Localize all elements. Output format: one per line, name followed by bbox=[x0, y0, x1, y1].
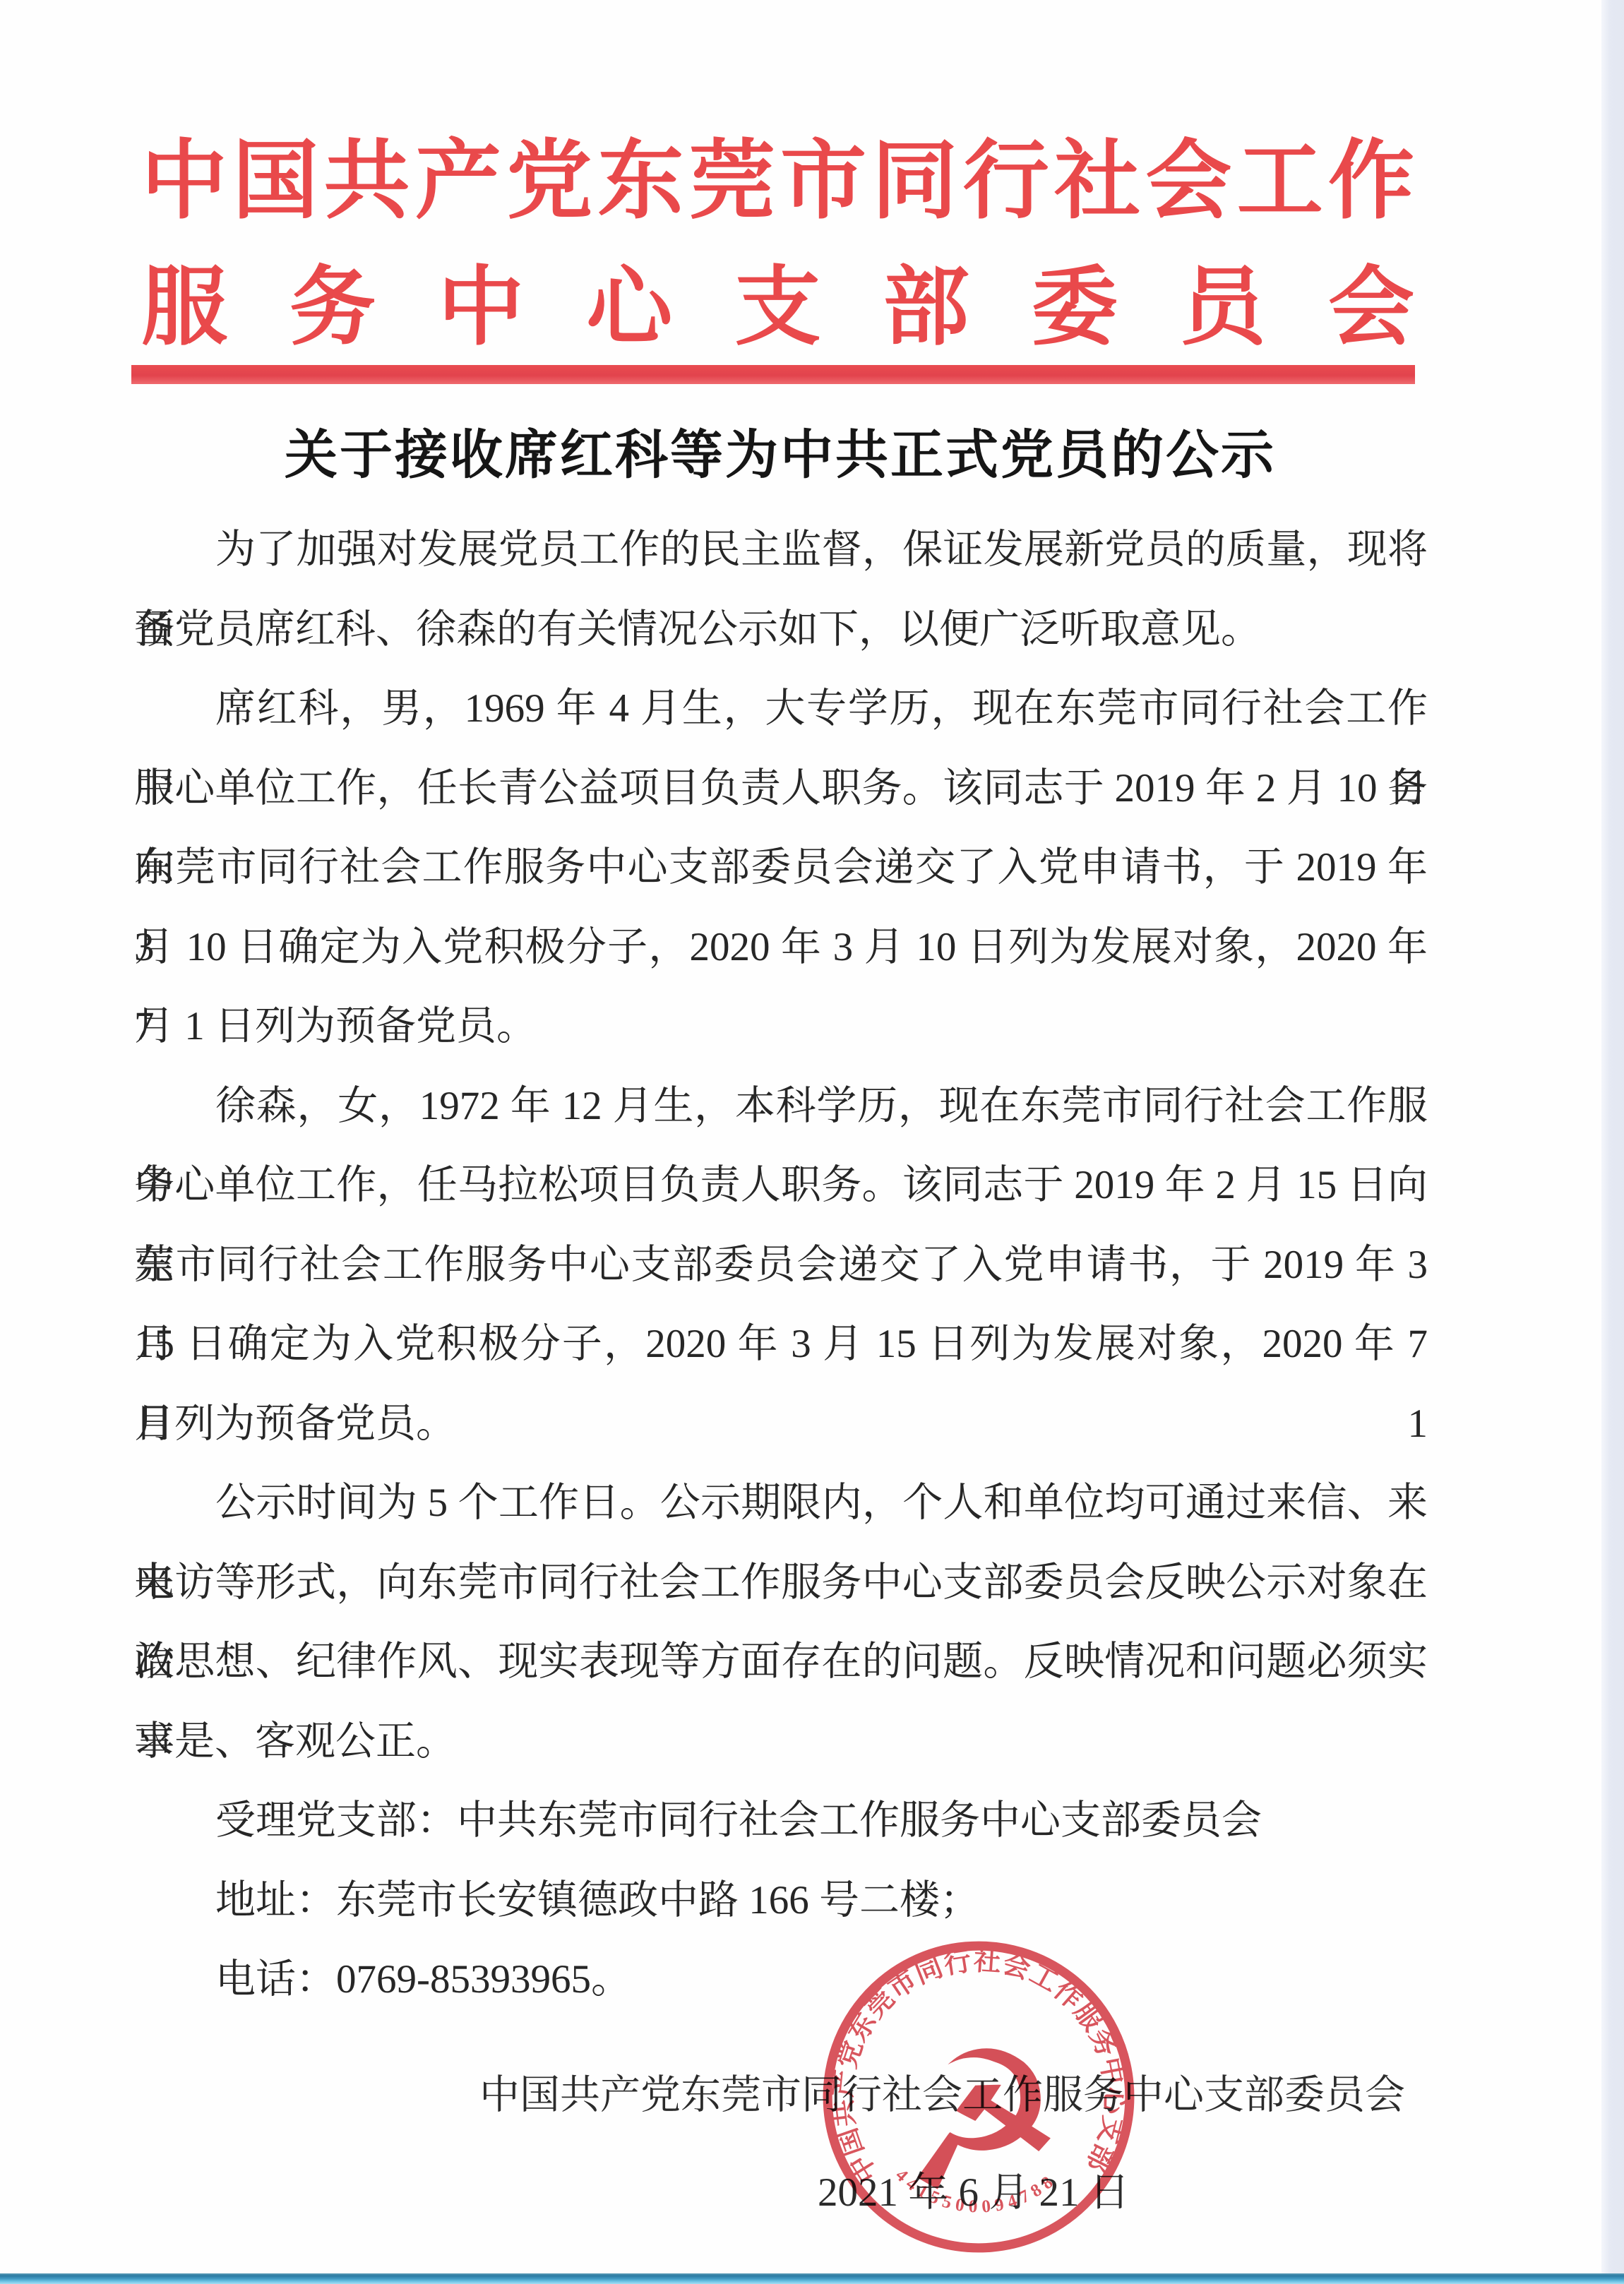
body-line: 东莞市同行社会工作服务中心支部委员会递交了入党申请书，于 2019 年 3 bbox=[134, 828, 1428, 908]
body-line: 月 1 日列为预备党员。 bbox=[134, 987, 1428, 1067]
document-title: 关于接收席红科等为中共正式党员的公示 bbox=[134, 413, 1426, 489]
document-page: { "doc": { "header": { "line1": "中国共产党东莞… bbox=[0, 0, 1624, 2284]
org-header-line1: 中国共产党东莞市同行社会工作 bbox=[141, 119, 1416, 245]
body-line: 席红科，男，1969 年 4 月生，大专学历，现在东莞市同行社会工作服务 bbox=[134, 669, 1428, 749]
body-line: 为了加强对发展党员工作的民主监督，保证发展新党员的质量，现将预 bbox=[134, 510, 1428, 590]
body-line: 月 10 日确定为入党积极分子，2020 年 3 月 10 日列为发展对象，20… bbox=[134, 908, 1428, 988]
body-line: 治思想、纪律作风、现实表现等方面存在的问题。反映情况和问题必须实事 bbox=[134, 1622, 1428, 1702]
body-line: 徐森，女，1972 年 12 月生，本科学历，现在东莞市同行社会工作服务 bbox=[134, 1067, 1428, 1147]
org-header: 中国共产党东莞市同行社会工作 服务中心支部委员会 bbox=[141, 119, 1416, 371]
accepting-branch-line: 受理党支部：中共东莞市同行社会工作服务中心支部委员会 bbox=[134, 1781, 1428, 1861]
body-line: 来访等形式，向东莞市同行社会工作服务中心支部委员会反映公示对象在政 bbox=[134, 1543, 1428, 1623]
body-line: 中心单位工作，任长青公益项目负责人职务。该同志于 2019 年 2 月 10 日… bbox=[134, 749, 1428, 829]
viewer-bottom-bar bbox=[0, 2273, 1624, 2284]
body-line: 求是、客观公正。 bbox=[134, 1702, 1428, 1782]
address-line: 地址：东莞市长安镇德政中路 166 号二楼； bbox=[134, 1861, 1428, 1941]
body-line: 15 日确定为入党积极分子，2020 年 3 月 15 日列为发展对象，2020… bbox=[134, 1305, 1428, 1385]
body-line: 备党员席红科、徐森的有关情况公示如下，以便广泛听取意见。 bbox=[134, 590, 1428, 670]
red-divider-rule bbox=[131, 365, 1415, 384]
document-sheet: 中国共产党东莞市同行社会工作 服务中心支部委员会 关于接收席红科等为中共正式党员… bbox=[0, 0, 1601, 2284]
page-edge-strip bbox=[1601, 0, 1624, 2284]
official-seal-stamp: 中国共产党东莞市同行社会工作服务中心支部委员会 ☭ 4415500094788 bbox=[803, 1921, 1154, 2273]
signature-line: 中国共产党东莞市同行社会工作服务中心支部委员会 bbox=[134, 2056, 1405, 2135]
body-line: 公示时间为 5 个工作日。公示期限内，个人和单位均可通过来信、来电、 bbox=[134, 1464, 1428, 1543]
body-line: 莞市同行社会工作服务中心支部委员会递交了入党申请书，于 2019 年 3 月 bbox=[134, 1226, 1428, 1305]
body-line: 中心单位工作，任马拉松项目负责人职务。该同志于 2019 年 2 月 15 日向… bbox=[134, 1146, 1428, 1226]
phone-line: 电话：0769-85393965。 bbox=[134, 1940, 1428, 2020]
document-body: 为了加强对发展党员工作的民主监督，保证发展新党员的质量，现将预 备党员席红科、徐… bbox=[134, 510, 1428, 2020]
org-header-line2: 服务中心支部委员会 bbox=[141, 245, 1416, 371]
